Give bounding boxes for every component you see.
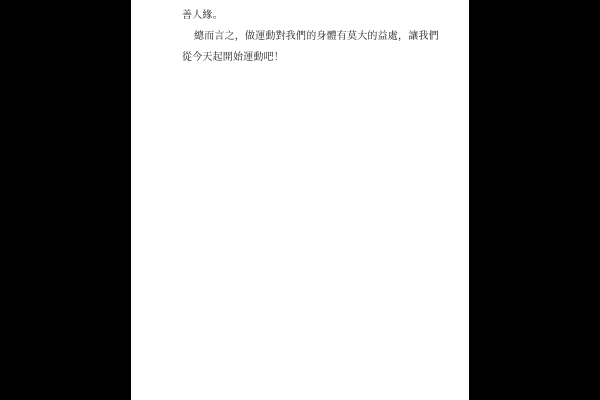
- text-line-3: 從今天起開始運動吧！: [182, 47, 422, 68]
- document-page: 善人緣。 總而言之，做運動對我們的身體有莫大的益處，讓我們 從今天起開始運動吧！: [131, 0, 469, 400]
- text-line-1: 善人緣。: [182, 5, 422, 26]
- page-body-text: 善人緣。 總而言之，做運動對我們的身體有莫大的益處，讓我們 從今天起開始運動吧！: [182, 5, 422, 68]
- text-line-2-paragraph-start: 總而言之，做運動對我們的身體有莫大的益處，讓我們: [182, 26, 422, 47]
- document-viewer: 善人緣。 總而言之，做運動對我們的身體有莫大的益處，讓我們 從今天起開始運動吧！: [0, 0, 600, 400]
